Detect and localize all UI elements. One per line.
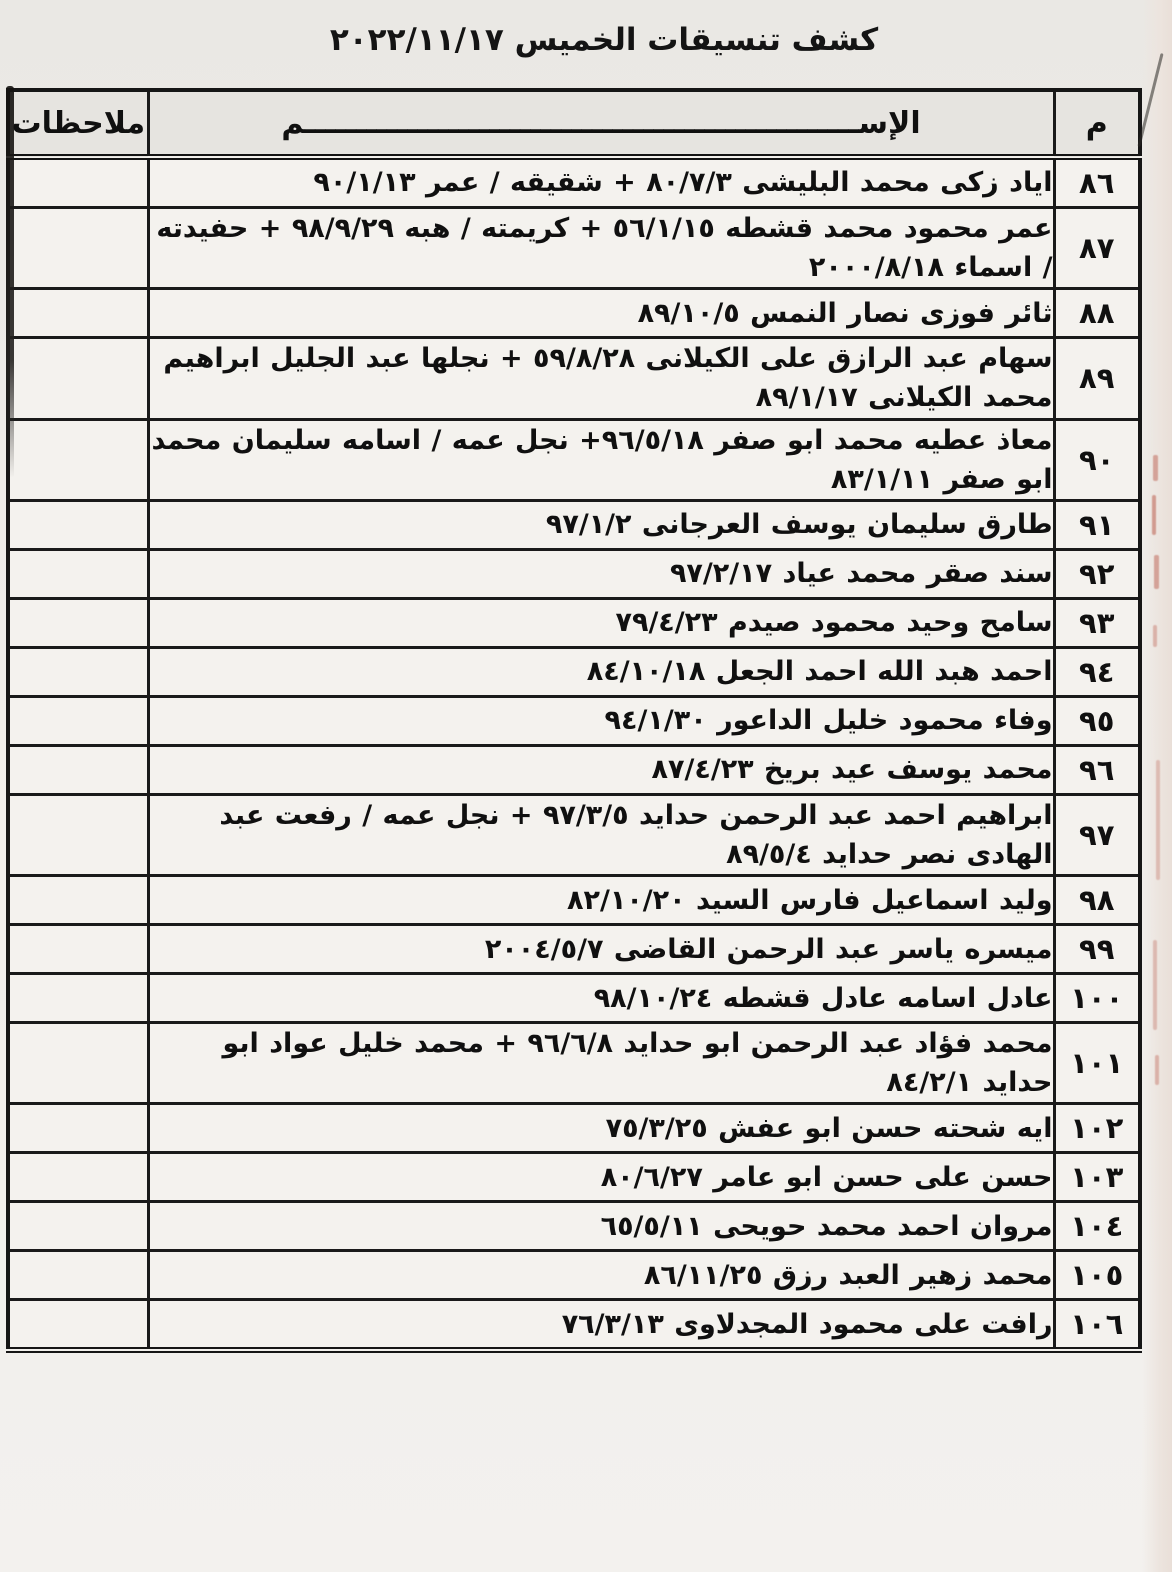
table-row: ٩٢ سند صقر محمد عياد ٩٧/٢/١٧ bbox=[8, 549, 1140, 598]
serial-cell: ٩١ bbox=[1054, 500, 1140, 549]
scanned-page: كشف تنسيقات الخميس ٢٠٢٢/١١/١٧ م الإســــ… bbox=[0, 0, 1172, 1572]
header-row: م الإســــــــــــــــــــــــــــــــــ… bbox=[8, 90, 1140, 157]
notes-cell bbox=[8, 745, 148, 794]
serial-cell: ٨٨ bbox=[1054, 289, 1140, 338]
notes-cell bbox=[8, 974, 148, 1023]
serial-cell: ٩٤ bbox=[1054, 647, 1140, 696]
serial-cell: ٩٧ bbox=[1054, 794, 1140, 875]
name-cell: عادل اسامه عادل قشطه ٩٨/١٠/٢٤ bbox=[148, 974, 1054, 1023]
document-title: كشف تنسيقات الخميس ٢٠٢٢/١١/١٧ bbox=[18, 22, 1172, 58]
notes-cell bbox=[8, 696, 148, 745]
table-row: ١٠٤ مروان احمد محمد حويحى ٦٥/٥/١١ bbox=[8, 1202, 1140, 1251]
scan-edge-shadow bbox=[6, 86, 14, 478]
table-row: ٩١ طارق سليمان يوسف العرجانى ٩٧/١/٢ bbox=[8, 500, 1140, 549]
scan-artifact-red-mark bbox=[1155, 1055, 1159, 1085]
name-cell: معاذ عطيه محمد ابو صفر ٩٦/٥/١٨+ نجل عمه … bbox=[148, 419, 1054, 500]
table-row: ١٠٥ محمد زهير العبد رزق ٨٦/١١/٢٥ bbox=[8, 1251, 1140, 1300]
name-cell: محمد يوسف عيد بريخ ٨٧/٤/٢٣ bbox=[148, 745, 1054, 794]
name-cell: وفاء محمود خليل الداعور ٩٤/١/٣٠ bbox=[148, 696, 1054, 745]
serial-cell: ٩٩ bbox=[1054, 925, 1140, 974]
serial-cell: ١٠٦ bbox=[1054, 1300, 1140, 1351]
notes-cell bbox=[8, 1023, 148, 1104]
table-row: ٩٦ محمد يوسف عيد بريخ ٨٧/٤/٢٣ bbox=[8, 745, 1140, 794]
table-row: ٩٥ وفاء محمود خليل الداعور ٩٤/١/٣٠ bbox=[8, 696, 1140, 745]
notes-cell bbox=[8, 289, 148, 338]
notes-cell bbox=[8, 157, 148, 208]
table-row: ٨٧ عمر محمود محمد قشطه ٥٦/١/١٥ + كريمته … bbox=[8, 208, 1140, 289]
name-cell: رافت على محمود المجدلاوى ٧٦/٣/١٣ bbox=[148, 1300, 1054, 1351]
serial-cell: ٩٢ bbox=[1054, 549, 1140, 598]
serial-cell: ١٠٢ bbox=[1054, 1104, 1140, 1153]
serial-cell: ١٠٠ bbox=[1054, 974, 1140, 1023]
notes-cell bbox=[8, 794, 148, 875]
table-row: ١٠٢ ايه شحته حسن ابو عفش ٧٥/٣/٢٥ bbox=[8, 1104, 1140, 1153]
name-cell: محمد فؤاد عبد الرحمن ابو حدايد ٩٦/٦/٨ + … bbox=[148, 1023, 1054, 1104]
serial-cell: ١٠٤ bbox=[1054, 1202, 1140, 1251]
scan-artifact-red-mark bbox=[1152, 495, 1156, 535]
notes-cell bbox=[8, 647, 148, 696]
serial-cell: ٩٣ bbox=[1054, 598, 1140, 647]
table-row: ٨٦ اياد زكى محمد البليشى ٨٠/٧/٣ + شقيقه … bbox=[8, 157, 1140, 208]
serial-cell: ٩٨ bbox=[1054, 876, 1140, 925]
name-cell: اياد زكى محمد البليشى ٨٠/٧/٣ + شقيقه / ع… bbox=[148, 157, 1054, 208]
scan-artifact-red-mark bbox=[1153, 940, 1157, 1030]
header-name: الإســــــــــــــــــــــــــــــــــــ… bbox=[148, 90, 1054, 157]
notes-cell bbox=[8, 876, 148, 925]
scan-artifact-red-mark bbox=[1156, 760, 1160, 880]
notes-cell bbox=[8, 338, 148, 419]
name-cell: طارق سليمان يوسف العرجانى ٩٧/١/٢ bbox=[148, 500, 1054, 549]
coordination-table: م الإســــــــــــــــــــــــــــــــــ… bbox=[6, 88, 1142, 1353]
serial-cell: ٩٦ bbox=[1054, 745, 1140, 794]
notes-cell bbox=[8, 1104, 148, 1153]
table-row: ١٠٣ حسن على حسن ابو عامر ٨٠/٦/٢٧ bbox=[8, 1153, 1140, 1202]
notes-cell bbox=[8, 598, 148, 647]
notes-cell bbox=[8, 1251, 148, 1300]
name-cell: عمر محمود محمد قشطه ٥٦/١/١٥ + كريمته / ه… bbox=[148, 208, 1054, 289]
name-cell: مروان احمد محمد حويحى ٦٥/٥/١١ bbox=[148, 1202, 1054, 1251]
notes-cell bbox=[8, 1300, 148, 1351]
notes-cell bbox=[8, 500, 148, 549]
notes-cell bbox=[8, 208, 148, 289]
scan-artifact-red-mark bbox=[1154, 555, 1159, 589]
table-header: م الإســــــــــــــــــــــــــــــــــ… bbox=[8, 90, 1140, 157]
header-serial: م bbox=[1054, 90, 1140, 157]
serial-cell: ١٠١ bbox=[1054, 1023, 1140, 1104]
scan-artifact-red-mark bbox=[1153, 455, 1158, 481]
table-row: ٨٨ ثائر فوزى نصار النمس ٨٩/١٠/٥ bbox=[8, 289, 1140, 338]
serial-cell: ١٠٣ bbox=[1054, 1153, 1140, 1202]
name-cell: سند صقر محمد عياد ٩٧/٢/١٧ bbox=[148, 549, 1054, 598]
name-cell: ابراهيم احمد عبد الرحمن حدايد ٩٧/٣/٥ + ن… bbox=[148, 794, 1054, 875]
name-cell: سهام عبد الرازق على الكيلانى ٥٩/٨/٢٨ + ن… bbox=[148, 338, 1054, 419]
notes-cell bbox=[8, 925, 148, 974]
notes-cell bbox=[8, 1153, 148, 1202]
serial-cell: ٨٦ bbox=[1054, 157, 1140, 208]
table-row: ١٠٦ رافت على محمود المجدلاوى ٧٦/٣/١٣ bbox=[8, 1300, 1140, 1351]
table-row: ٨٩ سهام عبد الرازق على الكيلانى ٥٩/٨/٢٨ … bbox=[8, 338, 1140, 419]
scan-artifact-red-mark bbox=[1153, 625, 1157, 647]
notes-cell bbox=[8, 549, 148, 598]
serial-cell: ٨٧ bbox=[1054, 208, 1140, 289]
header-notes: ملاحظات bbox=[8, 90, 148, 157]
table-row: ٩٣ سامح وحيد محمود صيدم ٧٩/٤/٢٣ bbox=[8, 598, 1140, 647]
notes-cell bbox=[8, 419, 148, 500]
serial-cell: ١٠٥ bbox=[1054, 1251, 1140, 1300]
notes-cell bbox=[8, 1202, 148, 1251]
name-cell: ثائر فوزى نصار النمس ٨٩/١٠/٥ bbox=[148, 289, 1054, 338]
serial-cell: ٨٩ bbox=[1054, 338, 1140, 419]
table-row: ١٠٠ عادل اسامه عادل قشطه ٩٨/١٠/٢٤ bbox=[8, 974, 1140, 1023]
serial-cell: ٩٠ bbox=[1054, 419, 1140, 500]
name-cell: حسن على حسن ابو عامر ٨٠/٦/٢٧ bbox=[148, 1153, 1054, 1202]
table-row: ٩٨ وليد اسماعيل فارس السيد ٨٢/١٠/٢٠ bbox=[8, 876, 1140, 925]
name-cell: احمد هبد الله احمد الجعل ٨٤/١٠/١٨ bbox=[148, 647, 1054, 696]
table-row: ٩٧ ابراهيم احمد عبد الرحمن حدايد ٩٧/٣/٥ … bbox=[8, 794, 1140, 875]
name-cell: محمد زهير العبد رزق ٨٦/١١/٢٥ bbox=[148, 1251, 1054, 1300]
table-row: ٩٩ ميسره ياسر عبد الرحمن القاضى ٢٠٠٤/٥/٧ bbox=[8, 925, 1140, 974]
serial-cell: ٩٥ bbox=[1054, 696, 1140, 745]
table-row: ٩٠ معاذ عطيه محمد ابو صفر ٩٦/٥/١٨+ نجل ع… bbox=[8, 419, 1140, 500]
name-cell: سامح وحيد محمود صيدم ٧٩/٤/٢٣ bbox=[148, 598, 1054, 647]
table-row: ١٠١ محمد فؤاد عبد الرحمن ابو حدايد ٩٦/٦/… bbox=[8, 1023, 1140, 1104]
table-row: ٩٤ احمد هبد الله احمد الجعل ٨٤/١٠/١٨ bbox=[8, 647, 1140, 696]
name-cell: ميسره ياسر عبد الرحمن القاضى ٢٠٠٤/٥/٧ bbox=[148, 925, 1054, 974]
name-cell: وليد اسماعيل فارس السيد ٨٢/١٠/٢٠ bbox=[148, 876, 1054, 925]
name-cell: ايه شحته حسن ابو عفش ٧٥/٣/٢٥ bbox=[148, 1104, 1054, 1153]
